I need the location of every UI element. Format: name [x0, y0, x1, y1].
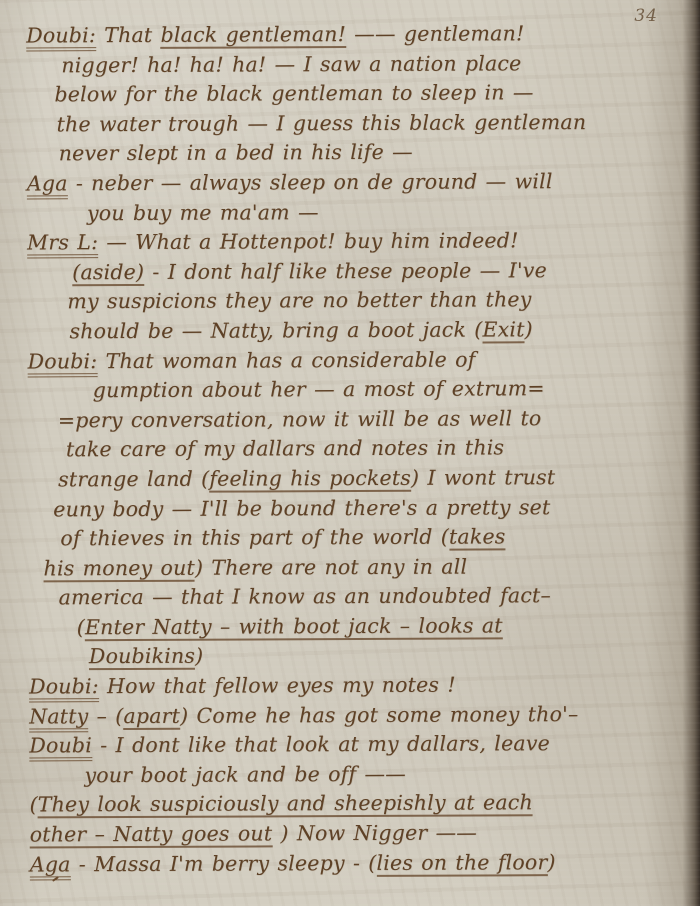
manuscript-line: Doubi: That black gentleman! —— gentlema… — [26, 19, 690, 51]
text-segment: black gentleman! — [160, 22, 346, 49]
text-segment: my suspicions they are no better than th… — [67, 288, 531, 314]
speaker-name: Aga — [30, 852, 71, 880]
manuscript-line: the water trough — I guess this black ge… — [27, 107, 691, 139]
text-segment: below for the black gentleman to sleep i… — [54, 80, 533, 106]
manuscript-line: Natty – (apart) Come he has got some mon… — [29, 699, 693, 731]
text-segment: his money out — [43, 555, 195, 582]
manuscript-line: =pery conversation, now it will be as we… — [28, 403, 692, 435]
manuscript-line: Aga - neber — always sleep on de ground … — [27, 167, 691, 199]
manuscript-line: of thieves in this part of the world (ta… — [28, 522, 692, 554]
manuscript-line: other – Natty goes out ) Now Nigger —— — [30, 818, 694, 850]
manuscript-line: (They look suspiciously and sheepishly a… — [29, 788, 693, 820]
manuscript-line: (aside) - I dont half like these people … — [27, 255, 691, 287]
text-segment: your boot jack and be off —— — [84, 762, 406, 787]
text-segment: - I dont like that look at my dallars, l… — [92, 731, 550, 757]
text-segment: never slept in a bed in his life — — [59, 140, 413, 166]
manuscript-line: below for the black gentleman to sleep i… — [26, 78, 690, 110]
text-segment: That — [96, 23, 161, 47]
manuscript-line: should be — Natty, bring a boot jack (Ex… — [27, 314, 691, 346]
text-segment: They look suspiciously and sheepishly at… — [38, 791, 533, 819]
text-segment: america — that I know as an undoubted fa… — [59, 583, 551, 609]
text-segment: of thieves in this part of the world ( — [60, 525, 449, 551]
text-segment: ) There are not any in all — [195, 554, 467, 579]
manuscript-line: america — that I know as an undoubted fa… — [29, 581, 693, 613]
text-segment: lies on the floor — [376, 850, 547, 877]
speaker-name: Doubi: — [29, 674, 99, 702]
manuscript-line: take care of my dallars and notes in thi… — [28, 433, 692, 465]
text-segment: =pery conversation, now it will be as we… — [58, 406, 542, 432]
text-segment: ) — [547, 850, 555, 874]
manuscript-line: his money out) There are not any in all — [28, 551, 692, 583]
text-segment: Exit — [482, 317, 524, 343]
manuscript-line: Doubi: That woman has a considerable of — [28, 344, 692, 376]
speaker-name: Doubi: — [28, 349, 98, 377]
text-segment: Enter Natty – with boot jack – looks at — [85, 613, 503, 641]
text-segment: — What a Hottenpot! buy him indeed! — [98, 228, 518, 254]
speaker-name: Aga — [27, 171, 68, 199]
text-segment: apart — [123, 703, 180, 729]
text-segment: nigger! ha! ha! ha! — I saw a nation pla… — [61, 51, 521, 77]
manuscript-line: strange land (feeling his pockets) I won… — [28, 462, 692, 494]
text-segment: How that fellow eyes my notes ! — [99, 673, 456, 699]
manuscript-line: you buy me ma'am — — [27, 196, 691, 228]
text-segment: ) — [525, 317, 533, 341]
speaker-name: Doubi: — [26, 23, 96, 51]
manuscript-text: Doubi: That black gentleman! —— gentlema… — [26, 19, 694, 880]
text-segment: That woman has a considerable of — [97, 347, 475, 373]
speaker-name: Doubi — [29, 733, 92, 761]
manuscript-line: never slept in a bed in his life — — [27, 137, 691, 169]
text-segment: - I dont half like these people — I've — [144, 258, 547, 284]
manuscript-page: 34 Doubi: That black gentleman! —— gentl… — [0, 0, 700, 906]
text-segment: takes — [449, 524, 506, 550]
text-segment: should be — Natty, bring a boot jack ( — [69, 317, 482, 343]
manuscript-line: nigger! ha! ha! ha! — I saw a nation pla… — [26, 48, 690, 80]
manuscript-line: your boot jack and be off —— — [29, 758, 693, 790]
manuscript-line: Doubi - I dont like that look at my dall… — [29, 729, 693, 761]
text-segment: feeling his pockets — [209, 466, 411, 493]
text-segment: – ( — [88, 704, 123, 728]
text-segment: you buy me ma'am — — [87, 200, 319, 225]
text-segment: other – Natty goes out — [30, 821, 273, 848]
text-segment: the water trough — I guess this black ge… — [57, 110, 587, 136]
text-segment: gumption about her — a most of extrum= — [93, 376, 545, 402]
manuscript-line: Doubi: How that fellow eyes my notes ! — [29, 670, 693, 702]
text-segment: Doubikins — [89, 644, 195, 670]
manuscript-line: Doubikins) — [29, 640, 693, 672]
manuscript-line: Mrs L: — What a Hottenpot! buy him indee… — [27, 226, 691, 258]
manuscript-line: euny body — I'll be bound there's a pret… — [28, 492, 692, 524]
text-segment: ) — [195, 644, 203, 668]
text-segment: take care of my dallars and notes in thi… — [66, 436, 504, 462]
text-segment: (aside) — [72, 260, 144, 286]
text-segment: euny body — I'll be bound there's a pret… — [53, 495, 550, 521]
manuscript-line: Aga - Massa I'm berry sleepy - (lies on … — [30, 847, 694, 879]
speaker-name: Natty — [29, 704, 88, 732]
text-segment: ) Now Nigger —— — [272, 821, 477, 846]
text-segment: strange land ( — [58, 467, 209, 492]
speaker-name: Mrs L: — [27, 230, 98, 258]
manuscript-line: my suspicions they are no better than th… — [27, 285, 691, 317]
text-segment: ) Come he has got some money tho'– — [180, 702, 578, 728]
text-segment: - neber — always sleep on de ground — wi… — [68, 169, 553, 195]
manuscript-line: (Enter Natty – with boot jack – looks at — [29, 610, 693, 642]
text-segment: - Massa I'm berry sleepy - ( — [71, 851, 377, 876]
manuscript-line: gumption about her — a most of extrum= — [28, 374, 692, 406]
text-segment: —— gentleman! — [346, 21, 524, 46]
text-segment: ) I wont trust — [411, 465, 555, 490]
